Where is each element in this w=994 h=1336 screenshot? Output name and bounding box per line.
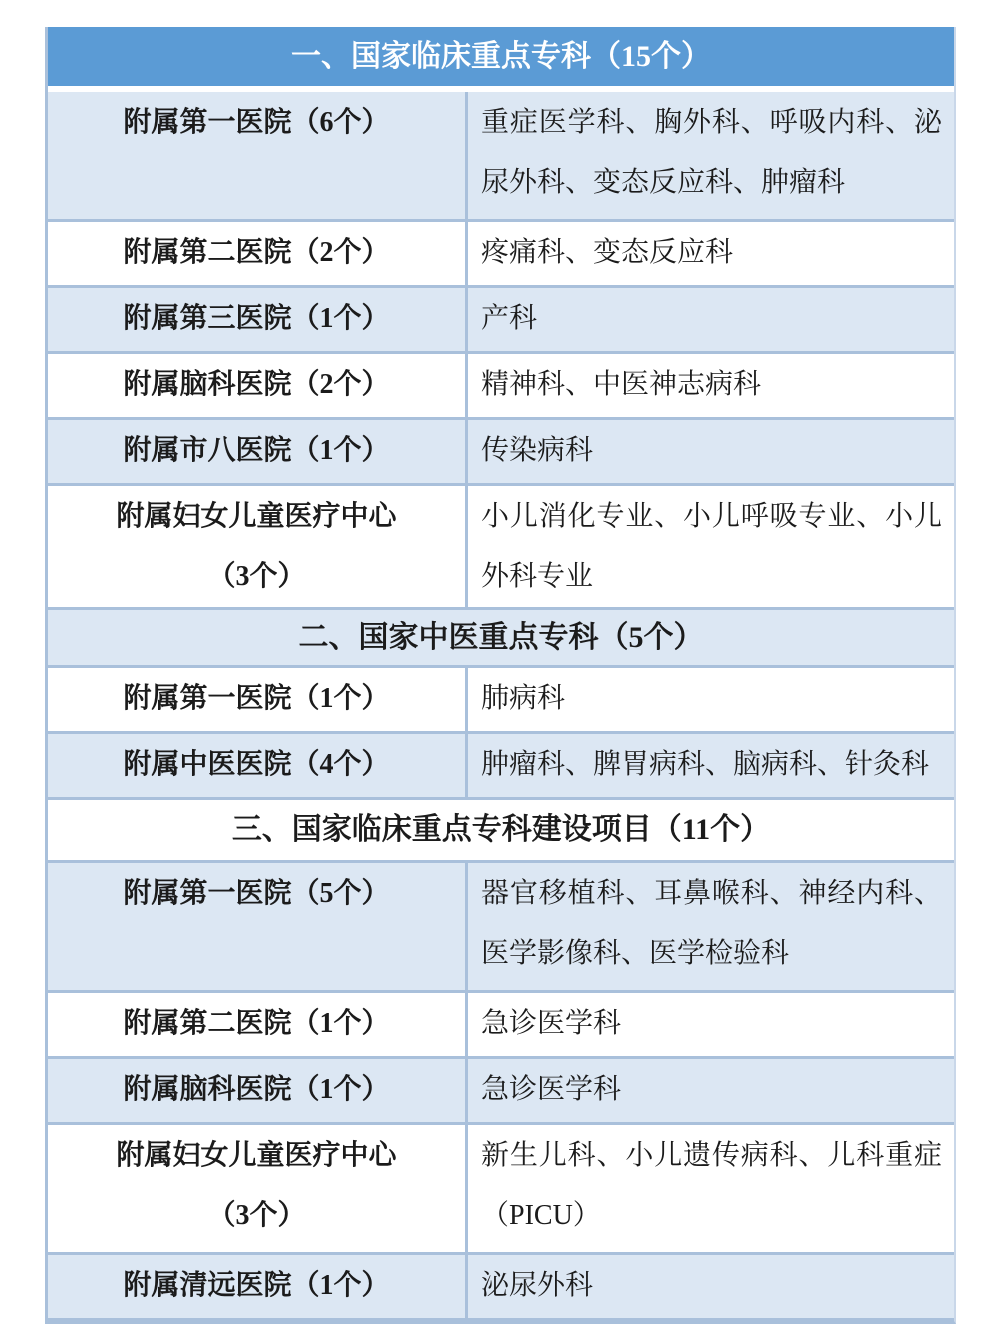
table-row: 附属第二医院（1个） 急诊医学科 [48, 993, 954, 1059]
departments-cell: 急诊医学科 [468, 993, 954, 1059]
departments-cell: 肺病科 [468, 668, 954, 734]
table-row: 附属第一医院（6个） 重症医学科、胸外科、呼吸内科、泌尿外科、变态反应科、肿瘤科 [48, 92, 954, 222]
table-row: 附属第一医院（5个） 器官移植科、耳鼻喉科、神经内科、医学影像科、医学检验科 [48, 863, 954, 993]
hospital-name: 附属脑科医院（1个） [54, 1060, 459, 1120]
hospital-name: 附属脑科医院（2个） [54, 355, 459, 415]
hospital-cell: 附属第三医院（1个） [48, 288, 468, 354]
table-row: 附属妇女儿童医疗中心 （3个） 新生儿科、小儿遗传病科、儿科重症（PICU） [48, 1125, 954, 1255]
hospital-cell: 附属市八医院（1个） [48, 420, 468, 486]
table-row: 附属第二医院（2个） 疼痛科、变态反应科 [48, 222, 954, 288]
hospital-cell: 附属中医医院（4个） [48, 734, 468, 800]
hospital-cell: 附属第一医院（6个） [48, 92, 468, 222]
section-header-row: 二、国家中医重点专科（5个） [48, 610, 954, 668]
hospital-name: 附属第一医院（1个） [54, 669, 459, 729]
section-1-header: 一、国家临床重点专科（15个） [48, 27, 954, 92]
specialties-table: 一、国家临床重点专科（15个） 附属第一医院（6个） 重症医学科、胸外科、呼吸内… [45, 27, 956, 1324]
section-header-row: 三、国家临床重点专科建设项目（11个） [48, 800, 954, 863]
hospital-count: （3个） [54, 1186, 459, 1246]
departments-cell: 精神科、中医神志病科 [468, 354, 954, 420]
hospital-cell: 附属第二医院（2个） [48, 222, 468, 288]
hospital-name: 附属第一医院（6个） [54, 93, 459, 153]
departments-cell: 急诊医学科 [468, 1059, 954, 1125]
departments-cell: 肿瘤科、脾胃病科、脑病科、针灸科 [468, 734, 954, 800]
table-row: 附属脑科医院（1个） 急诊医学科 [48, 1059, 954, 1125]
table-row: 附属清远医院（1个） 泌尿外科 [48, 1255, 954, 1321]
departments-cell: 泌尿外科 [468, 1255, 954, 1321]
table-row: 附属妇女儿童医疗中心 （3个） 小儿消化专业、小儿呼吸专业、小儿外科专业 [48, 486, 954, 610]
hospital-name: 附属中医医院（4个） [54, 735, 459, 795]
hospital-name: 附属清远医院（1个） [54, 1256, 459, 1316]
departments-cell: 新生儿科、小儿遗传病科、儿科重症（PICU） [468, 1125, 954, 1255]
section-header-row: 一、国家临床重点专科（15个） [48, 27, 954, 92]
departments-cell: 小儿消化专业、小儿呼吸专业、小儿外科专业 [468, 486, 954, 610]
section-2-header: 二、国家中医重点专科（5个） [48, 610, 954, 668]
hospital-count: （3个） [54, 547, 459, 607]
hospital-cell: 附属第二医院（1个） [48, 993, 468, 1059]
hospital-name: 附属第一医院（5个） [54, 864, 459, 924]
table-row: 附属脑科医院（2个） 精神科、中医神志病科 [48, 354, 954, 420]
hospital-name: 附属第二医院（2个） [54, 223, 459, 283]
departments-cell: 产科 [468, 288, 954, 354]
hospital-name: 附属第三医院（1个） [54, 289, 459, 349]
departments-cell: 重症医学科、胸外科、呼吸内科、泌尿外科、变态反应科、肿瘤科 [468, 92, 954, 222]
hospital-cell: 附属第一医院（5个） [48, 863, 468, 993]
hospital-cell: 附属妇女儿童医疗中心 （3个） [48, 1125, 468, 1255]
table-row: 附属市八医院（1个） 传染病科 [48, 420, 954, 486]
departments-cell: 传染病科 [468, 420, 954, 486]
hospital-name: 附属第二医院（1个） [54, 994, 459, 1054]
hospital-cell: 附属第一医院（1个） [48, 668, 468, 734]
table-row: 附属中医医院（4个） 肿瘤科、脾胃病科、脑病科、针灸科 [48, 734, 954, 800]
table-row: 附属第三医院（1个） 产科 [48, 288, 954, 354]
hospital-cell: 附属妇女儿童医疗中心 （3个） [48, 486, 468, 610]
section-3-header: 三、国家临床重点专科建设项目（11个） [48, 800, 954, 863]
departments-cell: 器官移植科、耳鼻喉科、神经内科、医学影像科、医学检验科 [468, 863, 954, 993]
hospital-name: 附属妇女儿童医疗中心 [54, 487, 459, 547]
table-row: 附属第一医院（1个） 肺病科 [48, 668, 954, 734]
hospital-cell: 附属清远医院（1个） [48, 1255, 468, 1321]
hospital-cell: 附属脑科医院（1个） [48, 1059, 468, 1125]
hospital-cell: 附属脑科医院（2个） [48, 354, 468, 420]
hospital-name: 附属市八医院（1个） [54, 421, 459, 481]
departments-cell: 疼痛科、变态反应科 [468, 222, 954, 288]
hospital-name: 附属妇女儿童医疗中心 [54, 1126, 459, 1186]
